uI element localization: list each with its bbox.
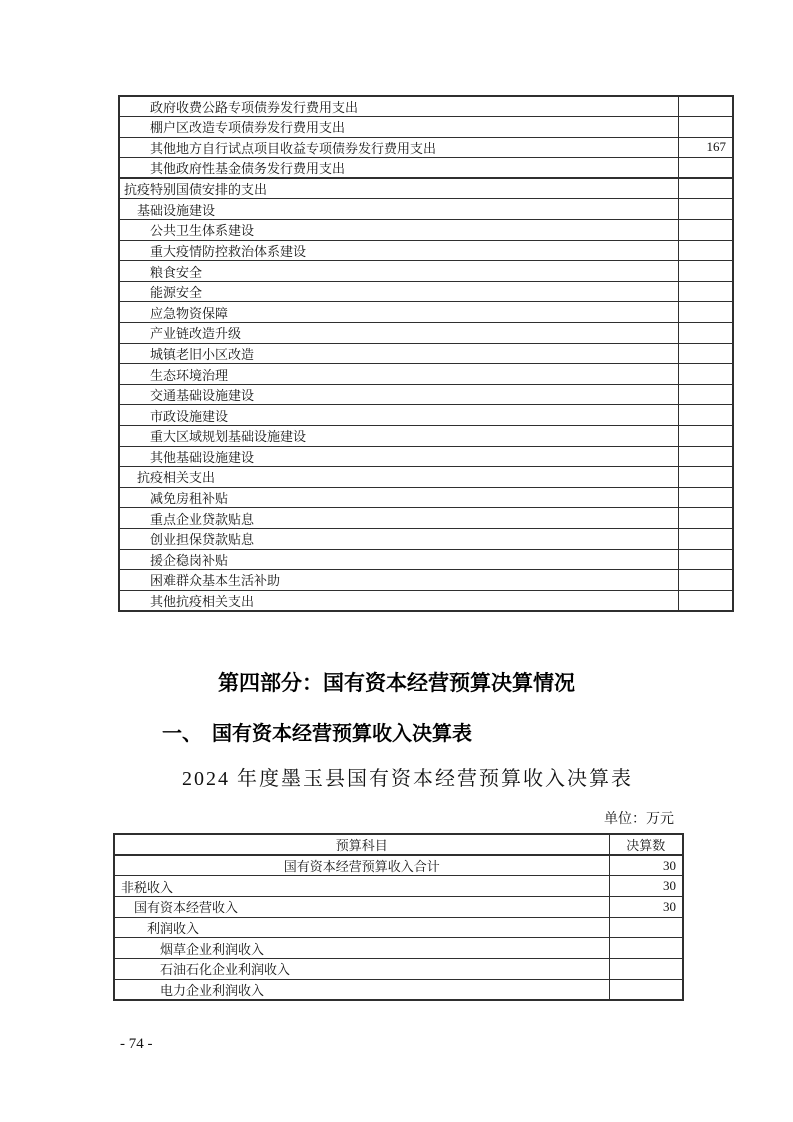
budget-item-value	[678, 570, 733, 591]
document-page: 政府收费公路专项债券发行费用支出棚户区改造专项债券发行费用支出其他地方自行试点项…	[0, 0, 793, 1122]
table-row: 减免房租补贴	[119, 487, 733, 508]
budget-item-value	[678, 405, 733, 426]
table-row: 烟草企业利润收入	[114, 938, 683, 959]
budget-item-label: 非税收入	[114, 876, 609, 897]
budget-item-value	[678, 158, 733, 179]
budget-item-label: 棚户区改造专项债券发行费用支出	[119, 117, 678, 138]
table-row: 重大区域规划基础设施建设	[119, 426, 733, 447]
budget-item-label: 重点企业贷款贴息	[119, 508, 678, 529]
table-title: 2024 年度墨玉县国有资本经营预算收入决算表	[182, 764, 633, 794]
revenue-table-body: 国有资本经营预算收入合计30非税收入30国有资本经营收入30利润收入烟草企业利润…	[114, 855, 683, 1000]
table-row: 交通基础设施建设	[119, 384, 733, 405]
budget-item-value	[609, 958, 683, 979]
budget-item-value	[678, 426, 733, 447]
table-row: 石油石化企业利润收入	[114, 958, 683, 979]
government-funds-expenditure-table: 政府收费公路专项债券发行费用支出棚户区改造专项债券发行费用支出其他地方自行试点项…	[118, 95, 734, 612]
budget-item-label: 援企稳岗补贴	[119, 549, 678, 570]
budget-item-value: 167	[678, 137, 733, 158]
budget-item-label: 电力企业利润收入	[114, 979, 609, 1000]
budget-item-value	[678, 220, 733, 241]
budget-item-label: 产业链改造升级	[119, 323, 678, 344]
budget-item-label: 市政设施建设	[119, 405, 678, 426]
budget-item-value	[678, 240, 733, 261]
budget-item-label: 其他基础设施建设	[119, 446, 678, 467]
budget-item-value	[678, 384, 733, 405]
budget-item-label: 国有资本经营收入	[114, 896, 609, 917]
budget-item-value	[678, 281, 733, 302]
table-row: 粮食安全	[119, 261, 733, 282]
budget-item-label: 石油石化企业利润收入	[114, 958, 609, 979]
budget-item-label: 其他抗疫相关支出	[119, 590, 678, 611]
budget-item-value	[678, 549, 733, 570]
budget-item-label: 抗疫特别国债安排的支出	[119, 178, 678, 199]
table-row: 其他地方自行试点项目收益专项债券发行费用支出167	[119, 137, 733, 158]
budget-item-label: 生态环境治理	[119, 364, 678, 385]
table-row: 公共卫生体系建设	[119, 220, 733, 241]
table-row: 其他基础设施建设	[119, 446, 733, 467]
budget-item-value	[678, 96, 733, 117]
budget-item-value: 30	[609, 896, 683, 917]
table-row: 抗疫特别国债安排的支出	[119, 178, 733, 199]
budget-item-value	[678, 467, 733, 488]
table-row: 困难群众基本生活补助	[119, 570, 733, 591]
budget-item-label: 抗疫相关支出	[119, 467, 678, 488]
table-header-row: 预算科目 决算数	[114, 834, 683, 855]
table-row: 国有资本经营收入30	[114, 896, 683, 917]
budget-item-value: 30	[609, 876, 683, 897]
table-row: 政府收费公路专项债券发行费用支出	[119, 96, 733, 117]
budget-item-label: 减免房租补贴	[119, 487, 678, 508]
budget-item-value	[609, 917, 683, 938]
budget-item-value	[609, 979, 683, 1000]
budget-item-value	[678, 117, 733, 138]
budget-item-value: 30	[609, 855, 683, 876]
budget-item-label: 困难群众基本生活补助	[119, 570, 678, 591]
budget-item-value	[678, 590, 733, 611]
table-row: 重点企业贷款贴息	[119, 508, 733, 529]
budget-item-label: 公共卫生体系建设	[119, 220, 678, 241]
budget-item-value	[678, 178, 733, 199]
table-row: 能源安全	[119, 281, 733, 302]
part-title: 第四部分：国有资本经营预算决算情况	[0, 670, 793, 698]
table-row: 应急物资保障	[119, 302, 733, 323]
budget-item-value	[678, 528, 733, 549]
table-row: 生态环境治理	[119, 364, 733, 385]
budget-item-label: 重大区域规划基础设施建设	[119, 426, 678, 447]
state-capital-revenue-table: 预算科目 决算数 国有资本经营预算收入合计30非税收入30国有资本经营收入30利…	[113, 833, 684, 1001]
budget-item-value	[678, 508, 733, 529]
table-row: 国有资本经营预算收入合计30	[114, 855, 683, 876]
budget-item-label: 重大疫情防控救治体系建设	[119, 240, 678, 261]
budget-item-label: 基础设施建设	[119, 199, 678, 220]
budget-item-label: 国有资本经营预算收入合计	[114, 855, 609, 876]
budget-item-label: 烟草企业利润收入	[114, 938, 609, 959]
budget-item-label: 能源安全	[119, 281, 678, 302]
budget-item-label: 城镇老旧小区改造	[119, 343, 678, 364]
column-header-final-amount: 决算数	[609, 834, 683, 855]
budget-item-label: 其他地方自行试点项目收益专项债券发行费用支出	[119, 137, 678, 158]
table-row: 产业链改造升级	[119, 323, 733, 344]
budget-item-value	[678, 364, 733, 385]
table-row: 抗疫相关支出	[119, 467, 733, 488]
budget-item-label: 创业担保贷款贴息	[119, 528, 678, 549]
expenditure-table-body: 政府收费公路专项债券发行费用支出棚户区改造专项债券发行费用支出其他地方自行试点项…	[119, 96, 733, 611]
budget-item-value	[678, 261, 733, 282]
page-number: - 74 -	[120, 1036, 153, 1053]
table-row: 创业担保贷款贴息	[119, 528, 733, 549]
table-row: 基础设施建设	[119, 199, 733, 220]
budget-item-label: 应急物资保障	[119, 302, 678, 323]
table-row: 其他抗疫相关支出	[119, 590, 733, 611]
budget-item-value	[678, 487, 733, 508]
section-heading: 一、 国有资本经营预算收入决算表	[162, 719, 472, 749]
budget-item-value	[678, 343, 733, 364]
table-row: 利润收入	[114, 917, 683, 938]
unit-label: 单位：万元	[113, 808, 682, 828]
column-header-budget-subject: 预算科目	[114, 834, 609, 855]
table-row: 棚户区改造专项债券发行费用支出	[119, 117, 733, 138]
budget-item-label: 政府收费公路专项债券发行费用支出	[119, 96, 678, 117]
table-row: 市政设施建设	[119, 405, 733, 426]
budget-item-label: 交通基础设施建设	[119, 384, 678, 405]
budget-item-value	[678, 199, 733, 220]
budget-item-value	[678, 302, 733, 323]
budget-item-value	[678, 323, 733, 344]
table-row: 非税收入30	[114, 876, 683, 897]
table-row: 其他政府性基金债务发行费用支出	[119, 158, 733, 179]
budget-item-value	[678, 446, 733, 467]
budget-item-label: 粮食安全	[119, 261, 678, 282]
table-row: 重大疫情防控救治体系建设	[119, 240, 733, 261]
budget-item-label: 利润收入	[114, 917, 609, 938]
table-row: 城镇老旧小区改造	[119, 343, 733, 364]
table-row: 援企稳岗补贴	[119, 549, 733, 570]
table-row: 电力企业利润收入	[114, 979, 683, 1000]
budget-item-label: 其他政府性基金债务发行费用支出	[119, 158, 678, 179]
budget-item-value	[609, 938, 683, 959]
